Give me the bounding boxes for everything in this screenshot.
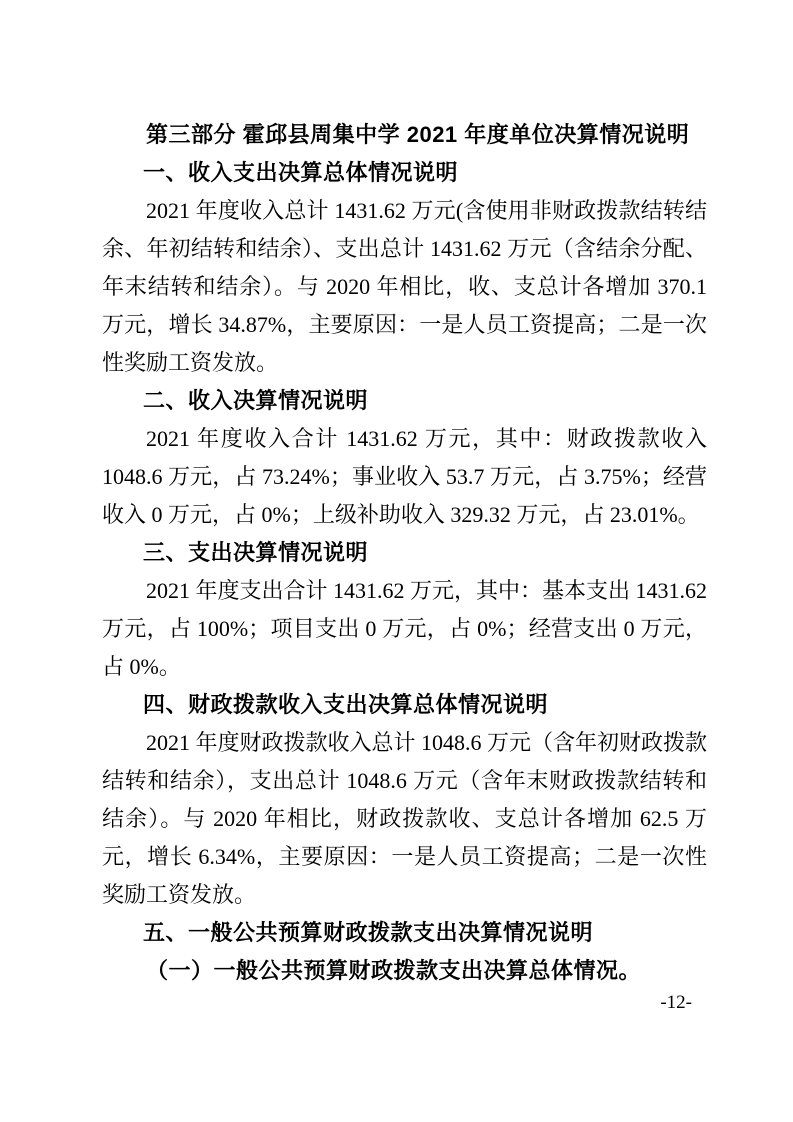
section-1-heading: 一、收入支出决算总体情况说明 bbox=[102, 154, 707, 192]
section-4-heading: 四、财政拨款收入支出决算总体情况说明 bbox=[102, 686, 707, 724]
section-4-body: 2021 年度财政拨款收入总计 1048.6 万元（含年初财政拨款结转和结余），… bbox=[102, 724, 707, 914]
page-number: -12- bbox=[660, 992, 692, 1014]
document-page: 第三部分 霍邱县周集中学 2021 年度单位决算情况说明 一、收入支出决算总体情… bbox=[0, 0, 793, 1122]
section-3-heading: 三、支出决算情况说明 bbox=[102, 534, 707, 572]
section-2-heading: 二、收入决算情况说明 bbox=[102, 382, 707, 420]
section-1-body: 2021 年度收入总计 1431.62 万元(含使用非财政拨款结转结余、年初结转… bbox=[102, 192, 707, 382]
section-2-body: 2021 年度收入合计 1431.62 万元，其中：财政拨款收入 1048.6 … bbox=[102, 420, 707, 534]
document-title: 第三部分 霍邱县周集中学 2021 年度单位决算情况说明 bbox=[102, 116, 707, 154]
document-content: 第三部分 霍邱县周集中学 2021 年度单位决算情况说明 一、收入支出决算总体情… bbox=[102, 116, 707, 990]
section-5-subheading: （一）一般公共预算财政拨款支出决算总体情况。 bbox=[102, 952, 707, 990]
section-3-body: 2021 年度支出合计 1431.62 万元，其中：基本支出 1431.62 万… bbox=[102, 572, 707, 686]
section-5-heading: 五、一般公共预算财政拨款支出决算情况说明 bbox=[102, 914, 707, 952]
